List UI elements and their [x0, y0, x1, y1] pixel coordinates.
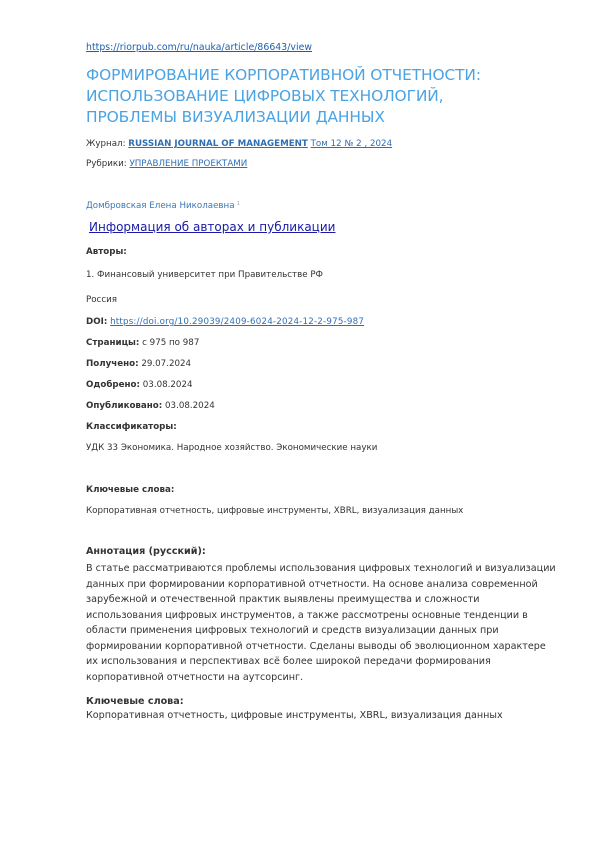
received-value: 29.07.2024: [141, 359, 191, 369]
published-value: 03.08.2024: [165, 401, 215, 411]
classifiers-value: УДК 33 Экономика. Народное хозяйство. Эк…: [86, 443, 377, 453]
doi-link[interactable]: https://doi.org/10.29039/2409-6024-2024-…: [110, 317, 364, 327]
pages-value: с 975 по 987: [142, 338, 199, 348]
abstract-label: Аннотация (русский):: [86, 546, 206, 557]
keywords-value-2: Корпоративная отчетность, цифровые инстр…: [86, 710, 503, 721]
article-title: ФОРМИРОВАНИЕ КОРПОРАТИВНОЙ ОТЧЕТНОСТИ: И…: [86, 65, 481, 128]
source-url-link[interactable]: https://riorpub.com/ru/nauka/article/866…: [86, 42, 312, 53]
classifiers-label: Классификаторы:: [86, 422, 177, 432]
journal-row: Журнал: RUSSIAN JOURNAL OF MANAGEMENT То…: [86, 139, 392, 149]
abstract-line: зарубежной и отечественной практик выявл…: [86, 592, 556, 608]
abstract-line: корпоративной отчетности на аутсорсинг.: [86, 670, 556, 686]
keywords-value: Корпоративная отчетность, цифровые инстр…: [86, 506, 463, 516]
abstract-text: В статье рассматриваются проблемы исполь…: [86, 561, 556, 685]
rubrics-label: Рубрики:: [86, 159, 127, 169]
abstract-line: формировании корпоративной отчетности. С…: [86, 639, 556, 655]
journal-label: Журнал:: [86, 139, 126, 149]
received-row: Получено: 29.07.2024: [86, 359, 191, 369]
affiliation-ref: 1: [237, 201, 241, 207]
title-line: ИСПОЛЬЗОВАНИЕ ЦИФРОВЫХ ТЕХНОЛОГИЙ,: [86, 86, 481, 107]
rubric-link[interactable]: УПРАВЛЕНИЕ ПРОЕКТАМИ: [129, 159, 247, 169]
abstract-line: В статье рассматриваются проблемы исполь…: [86, 561, 556, 577]
abstract-line: их использования и перспективах всё боле…: [86, 654, 556, 670]
approved-value: 03.08.2024: [143, 380, 193, 390]
title-line: ФОРМИРОВАНИЕ КОРПОРАТИВНОЙ ОТЧЕТНОСТИ:: [86, 65, 481, 86]
pages-label: Страницы:: [86, 338, 139, 348]
authors-info-link[interactable]: Информация об авторах и публикации: [89, 220, 335, 234]
rubrics-row: Рубрики: УПРАВЛЕНИЕ ПРОЕКТАМИ: [86, 159, 247, 169]
keywords-label: Ключевые слова:: [86, 485, 174, 495]
approved-row: Одобрено: 03.08.2024: [86, 380, 193, 390]
doi-label: DOI:: [86, 317, 107, 327]
country: Россия: [86, 295, 117, 305]
pages-row: Страницы: с 975 по 987: [86, 338, 199, 348]
received-label: Получено:: [86, 359, 139, 369]
doi-row: DOI: https://doi.org/10.29039/2409-6024-…: [86, 317, 364, 327]
approved-label: Одобрено:: [86, 380, 140, 390]
journal-link[interactable]: RUSSIAN JOURNAL OF MANAGEMENT: [128, 139, 308, 149]
journal-issue-link[interactable]: Том 12 № 2 , 2024: [311, 139, 392, 149]
author-row: Домбровская Елена Николаевна1: [86, 201, 240, 211]
abstract-line: использования цифровых инструментов, а т…: [86, 608, 556, 624]
title-line: ПРОБЛЕМЫ ВИЗУАЛИЗАЦИИ ДАННЫХ: [86, 107, 481, 128]
affiliation-item: 1. Финансовый университет при Правительс…: [86, 270, 323, 280]
abstract-line: данных при формировании корпоративной от…: [86, 577, 556, 593]
author-link[interactable]: Домбровская Елена Николаевна: [86, 201, 235, 211]
keywords-label-2: Ключевые слова:: [86, 696, 184, 707]
authors-label: Авторы:: [86, 247, 127, 257]
published-label: Опубликовано:: [86, 401, 162, 411]
published-row: Опубликовано: 03.08.2024: [86, 401, 215, 411]
abstract-line: области применения цифровых технологий и…: [86, 623, 556, 639]
